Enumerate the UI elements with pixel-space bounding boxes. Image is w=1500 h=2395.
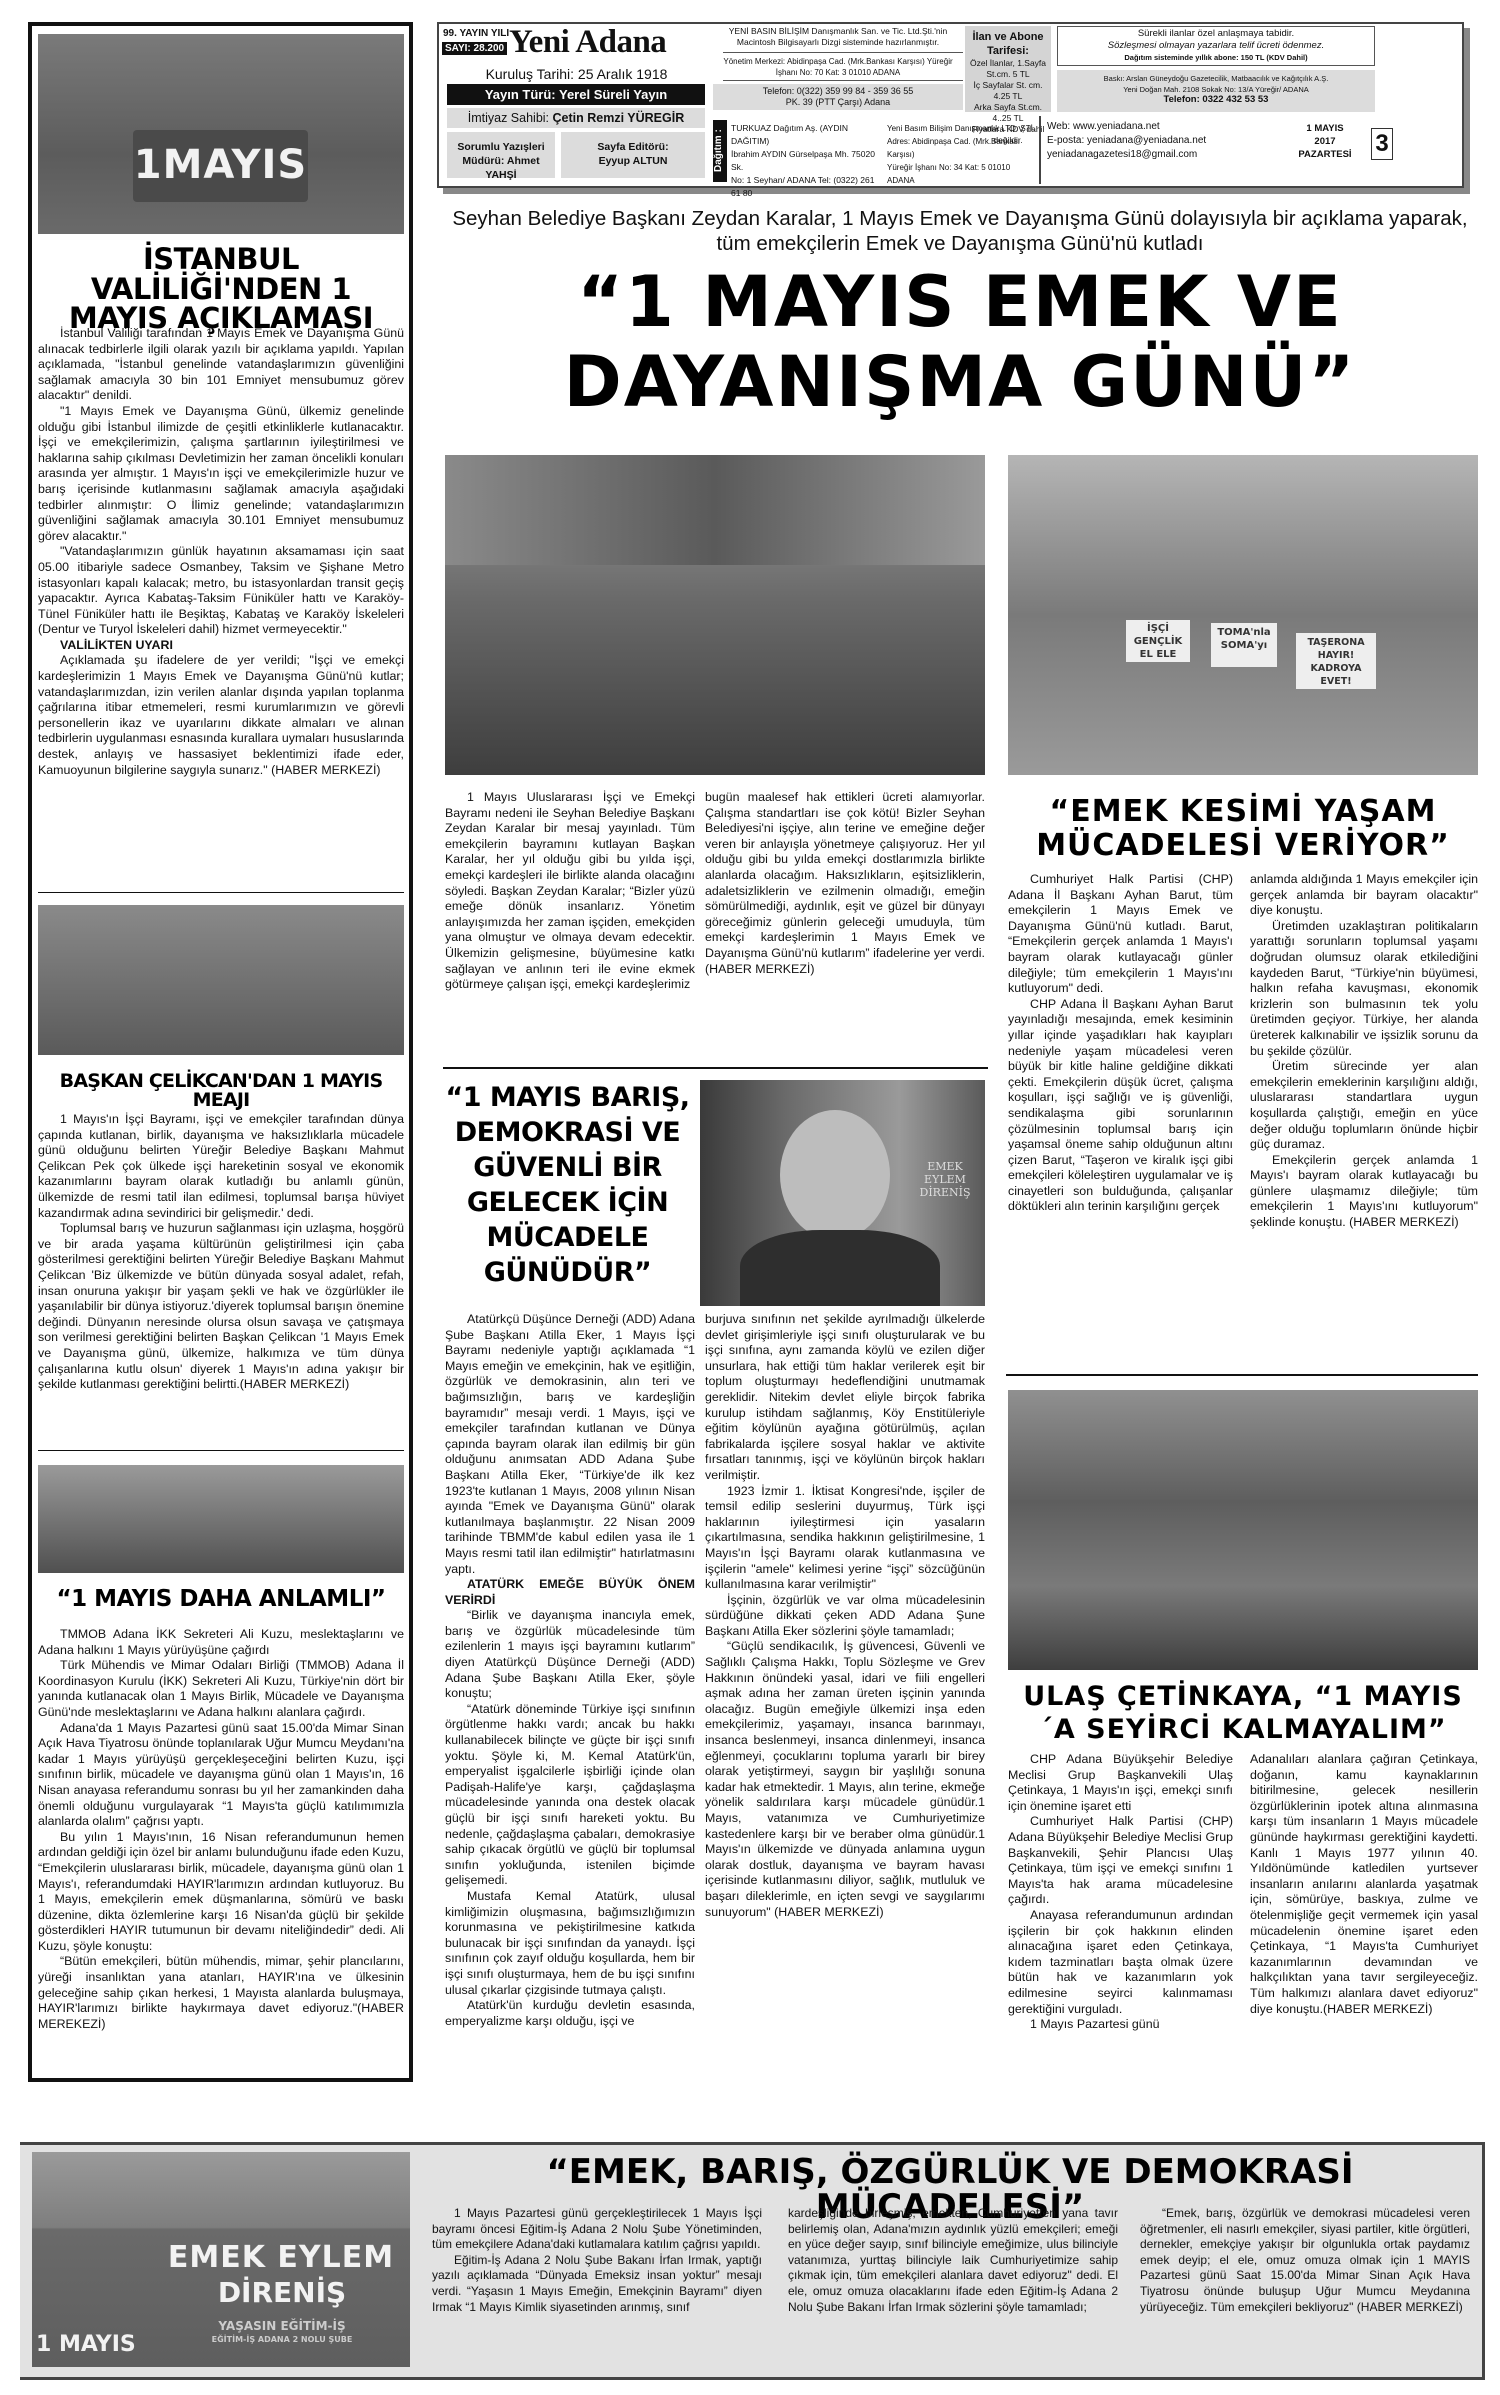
year-label: 99. YAYIN YILI — [443, 28, 509, 39]
bottom-article-col3: “Emek, barış, özgürlük ve demokrasi müca… — [1140, 2206, 1470, 2315]
celikcan-meeting-photo — [38, 905, 404, 1055]
newspaper-name: Yeni Adana — [509, 24, 666, 61]
karalar-march-photo — [445, 455, 985, 775]
print-box: Baskı: Arslan Güneydoğu Gazetecilik, Mat… — [1057, 70, 1375, 112]
management-address: Yönetim Merkezi: Abidinpaşa Cad. (Mrk.Ba… — [713, 56, 963, 78]
headline-daha-anlamli: “1 MAYIS DAHA ANLAMLI” — [38, 1588, 404, 1611]
phone-box: Telefon: 0(322) 359 99 84 - 359 36 55PK.… — [713, 84, 963, 110]
issue-date: 1 MAYIS 2017 PAZARTESİ — [1289, 122, 1361, 161]
cetinkaya-crowd-photo — [1008, 1390, 1478, 1670]
notice-box: Sürekli ilanlar özel anlaşmaya tabidir. … — [1057, 26, 1375, 66]
egitim-is-banner-photo: EMEK EYLEM DİRENİŞ YAŞASIN EĞİTİM-İŞ EĞİ… — [32, 2152, 410, 2367]
company-info: Yeni Basım Bilişim Danışmanlık LTD. ŞTİ.… — [887, 122, 1037, 187]
tmmob-press-photo — [38, 1465, 404, 1573]
main-headline-line2: DAYANIŞMA GÜNÜ” — [445, 343, 1475, 421]
editor-in-chief: Sorumlu YazışleriMüdürü: Ahmet YAHŞİ — [447, 132, 555, 178]
distribution-label: Dağıtım : — [713, 120, 727, 182]
may-day-march-photo: 1MAYIS — [38, 34, 404, 234]
publication-type: Yayın Türü: Yerel Süreli Yayın — [447, 84, 705, 105]
atilla-eker-portrait: EMEK EYLEM DİRENİŞ — [700, 1080, 985, 1306]
headline-add: “1 MAYIS BARIŞ, DEMOKRASİ VE GÜVENLİ BİR… — [445, 1080, 690, 1290]
headline-celikcan: BAŞKAN ÇELİKCAN'DAN 1 MAYIS MEAJI — [38, 1072, 404, 1111]
article-daha-anlamli: TMMOB Adana İKK Sekreteri Ali Kuzu, mesl… — [38, 1627, 404, 2032]
headline-istanbul-valiligi: İSTANBUL VALİLİĞİ'NDEN 1 MAYIS AÇIKLAMAS… — [38, 245, 404, 334]
masthead: 99. YAYIN YILI SAYI: 28.200 Yeni Adana K… — [437, 22, 1464, 188]
chp-protest-photo: İŞÇİ GENÇLİK EL ELE TOMA'nla SOMA'yı TAŞ… — [1008, 455, 1478, 775]
main-kicker: Seyhan Belediye Başkanı Zeydan Karalar, … — [445, 206, 1475, 256]
chp-article-col2: anlamda aldığında 1 Mayıs emekçiler için… — [1250, 872, 1478, 1231]
karalar-article-col1: 1 Mayıs Uluslararası İşçi ve Emekçi Bayr… — [445, 790, 695, 993]
page-number: 3 — [1371, 128, 1393, 160]
cetinkaya-article-col2: Adanalıları alanlara çağıran Çetinkaya, … — [1250, 1752, 1478, 2017]
add-article-col1: Atatürkçü Düşünce Derneği (ADD) Adana Şu… — [445, 1312, 695, 2029]
article-celikcan: 1 Mayıs'ın İşçi Bayramı, işçi ve emekçil… — [38, 1112, 404, 1393]
chp-article-col1: Cumhuriyet Halk Partisi (CHP) Adana İl B… — [1008, 872, 1233, 1215]
page-editor: Sayfa Editörü:Eyyup ALTUN — [561, 132, 705, 178]
issue-label: SAYI: 28.200 — [442, 42, 507, 55]
email-link[interactable]: E-posta: yeniadana@yeniadana.net — [1047, 134, 1227, 148]
headline-chp: “EMEK KESİMİ YAŞAM MÜCADELESİ VERİYOR” — [1008, 795, 1478, 863]
publisher-line: YENİ BASIN BİLİŞİM Danışmanlık San. ve T… — [713, 26, 963, 48]
contact-info: Web: www.yeniadana.net E-posta: yeniadan… — [1047, 120, 1227, 162]
headline-cetinkaya: ULAŞ ÇETİNKAYA, “1 MAYIS´A SEYİRCİ KALMA… — [1008, 1680, 1478, 1746]
karalar-article-col2: bugün maalesef hak ettikleri ücreti alam… — [705, 790, 985, 977]
bottom-article-col1: 1 Mayıs Pazartesi günü gerçekleştirilece… — [432, 2206, 762, 2315]
bottom-article-col2: kardeşliğinde birleşmiş, emekten, Cumhur… — [788, 2206, 1118, 2315]
tariff-box: İlan ve Abone Tarifesi: Özel İlanlar, 1.… — [965, 26, 1051, 112]
main-headline-line1: “1 MAYIS EMEK VE — [445, 263, 1475, 341]
cetinkaya-article-col1: CHP Adana Büyükşehir Belediye Meclisi Gr… — [1008, 1752, 1233, 2033]
distribution-info: TURKUAZ Dağıtım Aş. (AYDIN DAĞITIM) İbra… — [731, 122, 881, 200]
founded-date: Kuruluş Tarihi: 25 Aralık 1918 — [449, 66, 704, 82]
article-istanbul-valiligi: İstanbul Valiliği tarafından 1 Mayıs Eme… — [38, 326, 404, 778]
web-link[interactable]: Web: www.yeniadana.net — [1047, 120, 1227, 134]
owner: İmtiyaz Sahibi: Çetin Remzi YÜREGİR — [447, 108, 705, 128]
email2-link[interactable]: yeniadanagazetesi18@gmail.com — [1047, 148, 1227, 162]
add-article-col2: burjuva sınıfının net şekilde ayrılmadığ… — [705, 1312, 985, 1920]
